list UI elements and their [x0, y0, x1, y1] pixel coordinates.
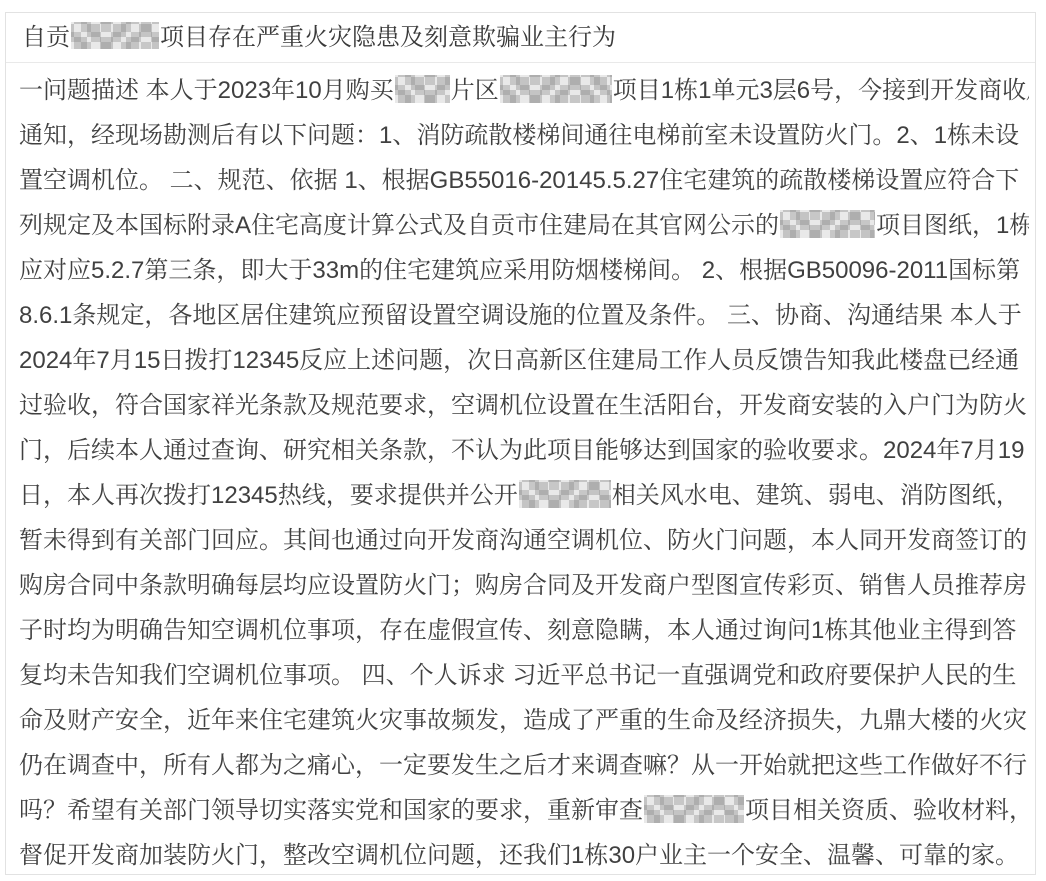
body-line: 8.6.1条规定，各地区居住建筑应预留设置空调设施的位置及条件。 三、协商、沟通… [19, 293, 1029, 338]
complaint-page: 自贡项目存在严重火灾隐患及刻意欺骗业主行为 一问题描述 本人于2023年10月购… [0, 0, 1046, 881]
text-segment: 暂未得到有关部门回应。其间也通过向开发商沟通空调机位、防火门问题，本人同开发商签… [19, 527, 1027, 554]
text-segment: 复均未告知我们空调机位事项。 四、个人诉求 习近平总书记一直强调党和政府要保护人… [19, 662, 1016, 689]
text-segment: 项目图纸，1栋 [876, 212, 1029, 239]
content-panel: 自贡项目存在严重火灾隐患及刻意欺骗业主行为 一问题描述 本人于2023年10月购… [5, 12, 1036, 875]
body-line: 列规定及本国标附录A住宅高度计算公式及自贡市住建局在其官网公示的项目图纸，1栋 [19, 203, 1029, 248]
body-line: 过验收，符合国家祥光条款及规范要求，空调机位设置在生活阳台，开发商安装的入户门为… [19, 383, 1029, 428]
text-segment: 仍在调查中，所有人都为之痛心，一定要发生之后才来调查嘛？从一开始就把这些工作做好… [19, 752, 1027, 779]
redaction-mosaic [395, 75, 450, 103]
redaction-mosaic [780, 210, 875, 238]
body-line: 督促开发商加装防火门，整改空调机位问题，还我们1栋30户业主一个安全、温馨、可靠… [19, 833, 1029, 878]
body-line: 应对应5.2.7第三条，即大于33m的住宅建筑应采用防烟楼梯间。 2、根据GB5… [19, 248, 1029, 293]
body-line: 门，后续本人通过查询、研究相关条款，不认为此项目能够达到国家的验收要求。2024… [19, 428, 1029, 473]
body-line: 复均未告知我们空调机位事项。 四、个人诉求 习近平总书记一直强调党和政府要保护人… [19, 653, 1029, 698]
body-line: 日，本人再次拨打12345热线，要求提供并公开相关风水电、建筑、弱电、消防图纸， [19, 473, 1029, 518]
body-line: 置空调机位。 二、规范、依据 1、根据GB55016-20145.5.27住宅建… [19, 158, 1029, 203]
body-line: 仍在调查中，所有人都为之痛心，一定要发生之后才来调查嘛？从一开始就把这些工作做好… [19, 743, 1029, 788]
body-line: 命及财产安全，近年来住宅建筑火灾事故频发，造成了严重的生命及经济损失，九鼎大楼的… [19, 698, 1029, 743]
text-segment: 8.6.1条规定，各地区居住建筑应预留设置空调设施的位置及条件。 三、协商、沟通… [19, 302, 1022, 329]
text-segment: 片区 [451, 77, 499, 104]
text-segment: 门，后续本人通过查询、研究相关条款，不认为此项目能够达到国家的验收要求。2024… [19, 437, 1024, 464]
text-segment: 购房合同中条款明确每层均应设置防火门；购房合同及开发商户型图宣传彩页、销售人员推… [19, 572, 1027, 599]
text-segment: 自贡 [22, 24, 70, 51]
text-segment: 过验收，符合国家祥光条款及规范要求，空调机位设置在生活阳台，开发商安装的入户门为… [19, 392, 1027, 419]
body-line: 吗？希望有关部门领导切实落实党和国家的要求，重新审查项目相关资质、验收材料， [19, 788, 1029, 833]
text-segment: 子时均为明确告知空调机位事项，存在虚假宣传、刻意隐瞒，本人通过询问1栋其他业主得… [19, 617, 1016, 644]
text-segment: 项目相关资质、验收材料， [745, 797, 1029, 824]
text-segment: 置空调机位。 二、规范、依据 1、根据GB55016-20145.5.27住宅建… [19, 167, 1019, 194]
text-segment: 吗？希望有关部门领导切实落实党和国家的要求，重新审查 [19, 797, 643, 824]
redaction-mosaic [71, 22, 159, 49]
redaction-mosaic [500, 75, 612, 103]
text-segment: 项目存在严重火灾隐患及刻意欺骗业主行为 [160, 24, 616, 51]
text-segment: 命及财产安全，近年来住宅建筑火灾事故频发，造成了严重的生命及经济损失，九鼎大楼的… [19, 707, 1027, 734]
body-line: 2024年7月15日拨打12345反应上述问题，次日高新区住建局工作人员反馈告知… [19, 338, 1029, 383]
text-segment: 2024年7月15日拨打12345反应上述问题，次日高新区住建局工作人员反馈告知… [19, 347, 1019, 374]
text-segment: 通知，经现场勘测后有以下问题：1、消防疏散楼梯间通往电梯前室未设置防火门。2、1… [19, 122, 1019, 149]
page-title: 自贡项目存在严重火灾隐患及刻意欺骗业主行为 [6, 13, 1035, 63]
body-line: 暂未得到有关部门回应。其间也通过向开发商沟通空调机位、防火门问题，本人同开发商签… [19, 518, 1029, 563]
body-line: 购房合同中条款明确每层均应设置防火门；购房合同及开发商户型图宣传彩页、销售人员推… [19, 563, 1029, 608]
text-segment: 项目1栋1单元3层6号，今接到开发商收房 [613, 77, 1029, 104]
text-segment: 日，本人再次拨打12345热线，要求提供并公开 [19, 482, 518, 509]
text-segment: 应对应5.2.7第三条，即大于33m的住宅建筑应采用防烟楼梯间。 2、根据GB5… [19, 257, 1020, 284]
text-segment: 列规定及本国标附录A住宅高度计算公式及自贡市住建局在其官网公示的 [19, 212, 779, 239]
body-line: 子时均为明确告知空调机位事项，存在虚假宣传、刻意隐瞒，本人通过询问1栋其他业主得… [19, 608, 1029, 653]
body-line: 一问题描述 本人于2023年10月购买片区项目1栋1单元3层6号，今接到开发商收… [19, 68, 1029, 113]
complaint-body: 一问题描述 本人于2023年10月购买片区项目1栋1单元3层6号，今接到开发商收… [6, 63, 1035, 878]
body-line: 通知，经现场勘测后有以下问题：1、消防疏散楼梯间通往电梯前室未设置防火门。2、1… [19, 113, 1029, 158]
redaction-mosaic [644, 795, 744, 823]
redaction-mosaic [519, 480, 611, 508]
text-segment: 相关风水电、建筑、弱电、消防图纸， [612, 482, 1020, 509]
text-segment: 一问题描述 本人于2023年10月购买 [19, 77, 394, 104]
text-segment: 督促开发商加装防火门，整改空调机位问题，还我们1栋30户业主一个安全、温馨、可靠… [19, 842, 1019, 869]
